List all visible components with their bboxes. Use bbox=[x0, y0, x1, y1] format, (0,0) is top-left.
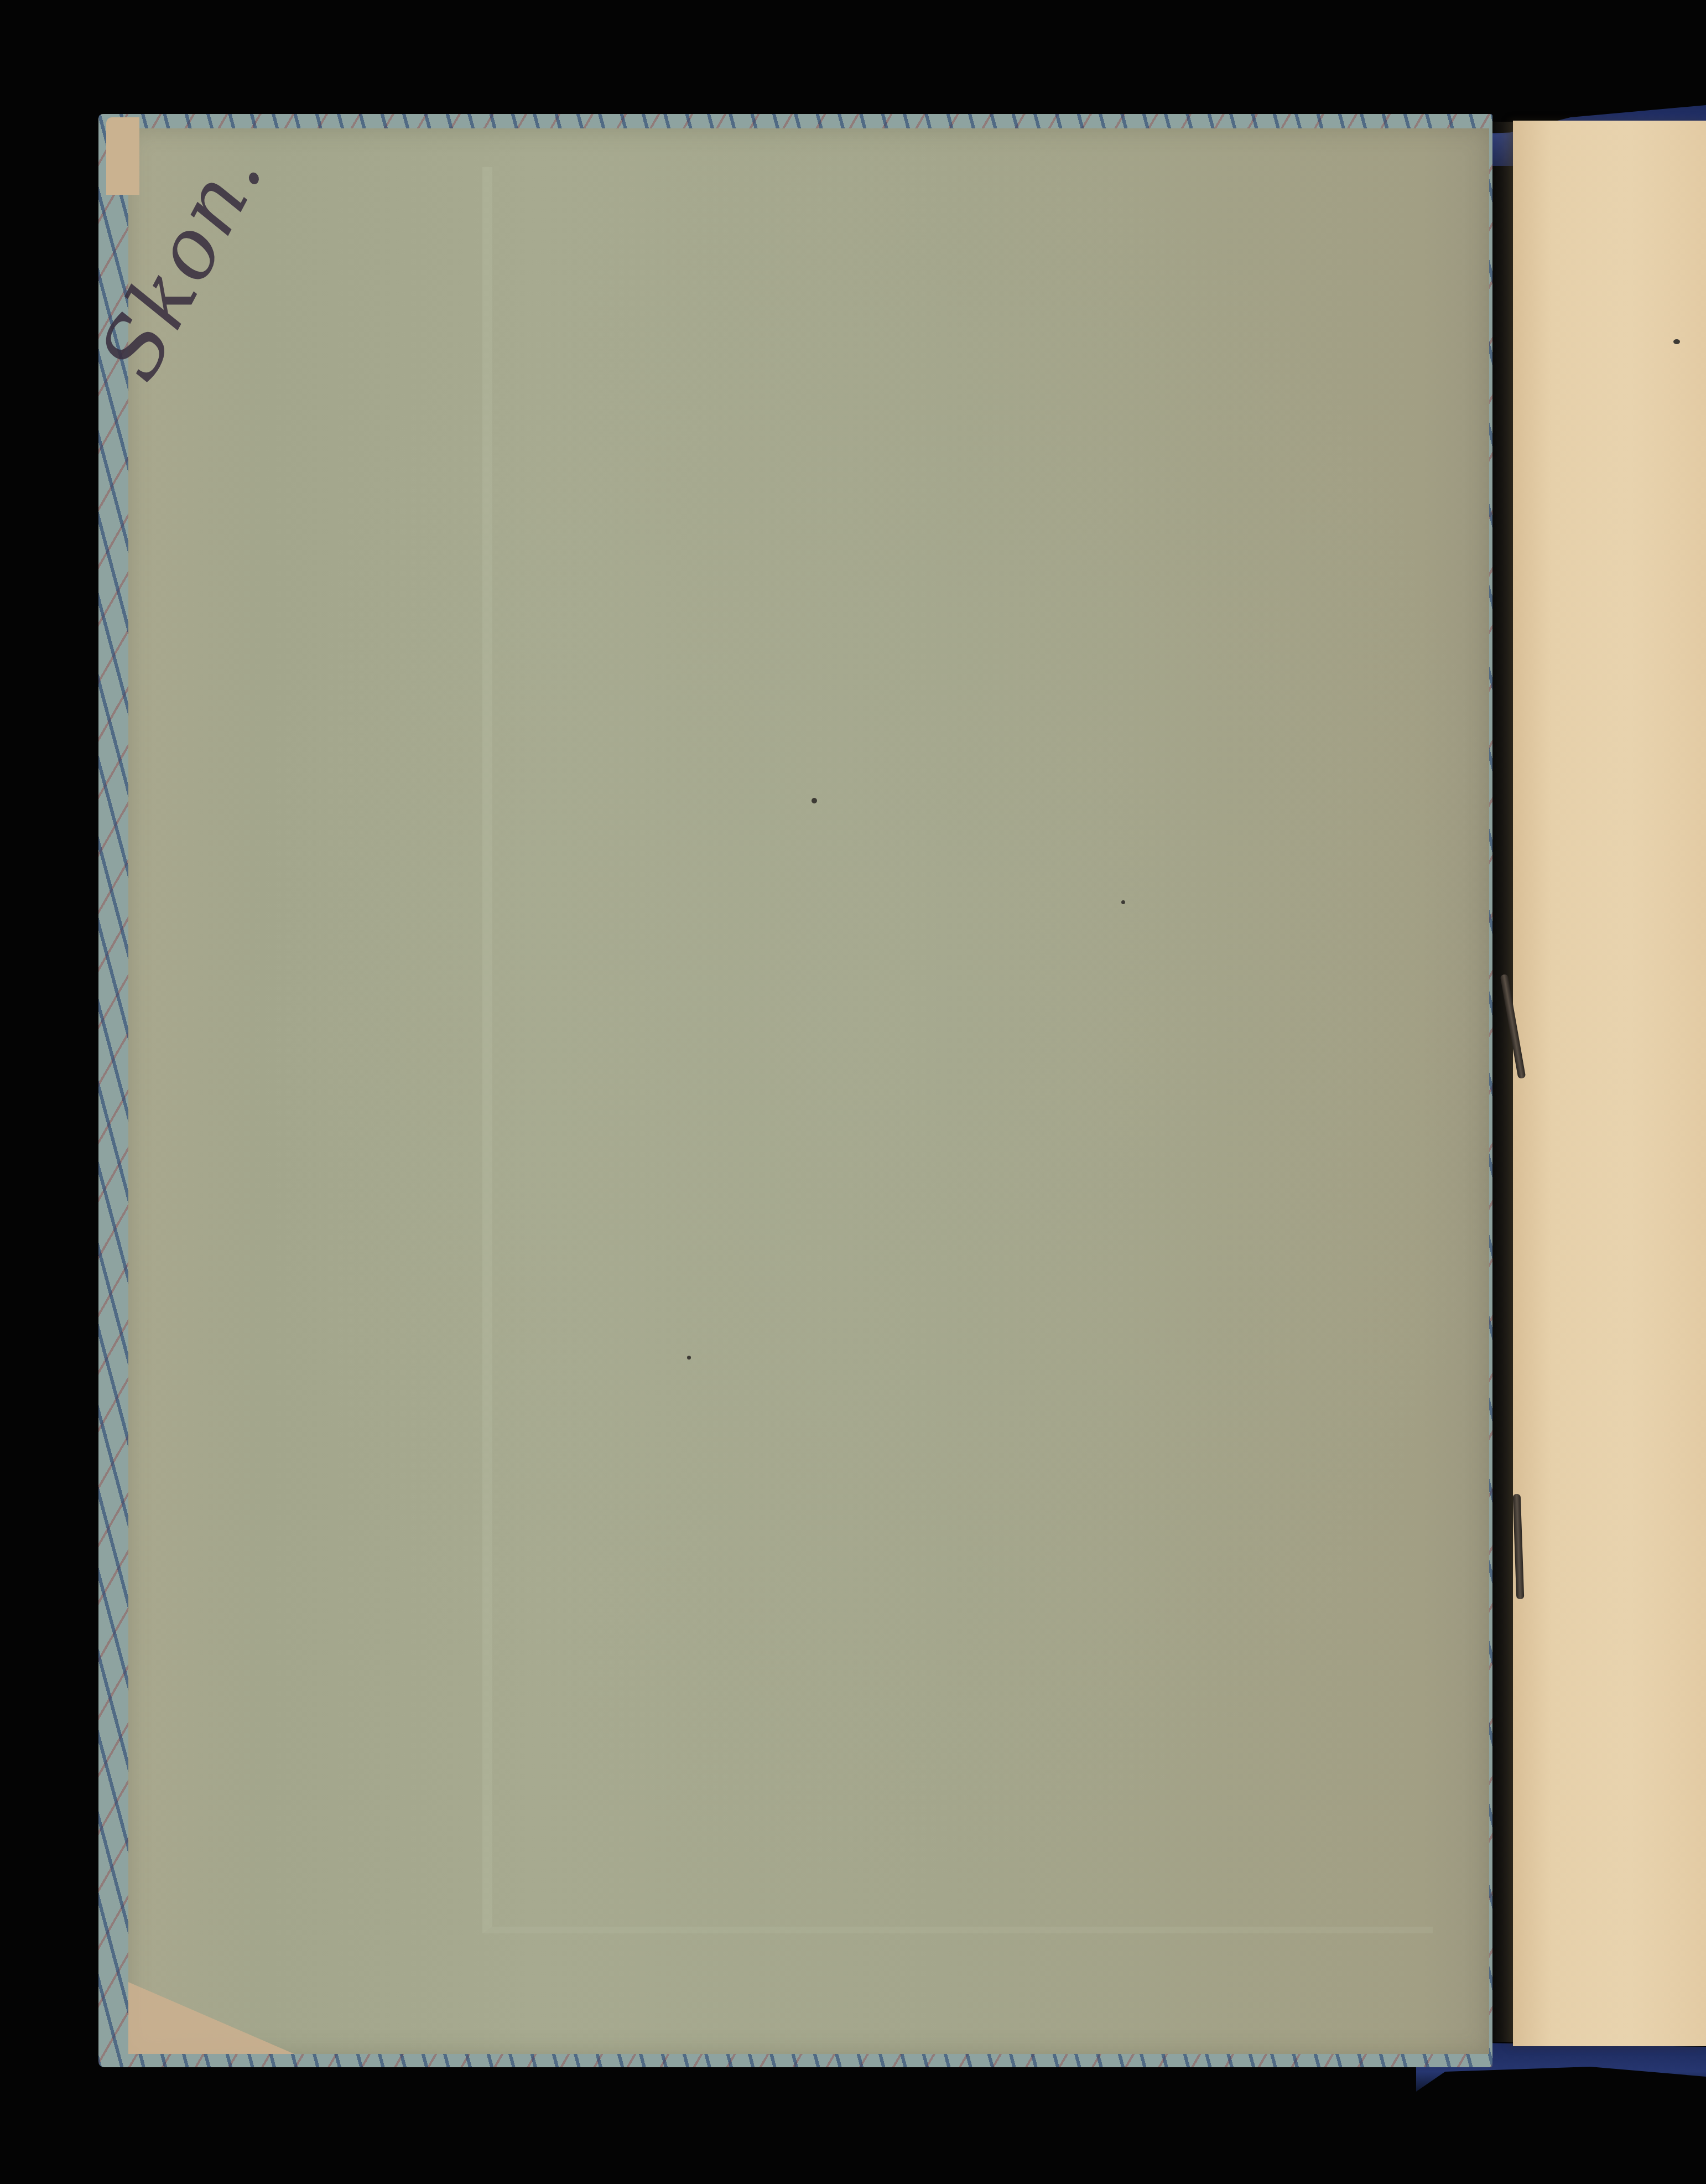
gutter-shadow bbox=[1488, 122, 1516, 2042]
ink-speck bbox=[1121, 900, 1125, 904]
paper-tone-frame bbox=[482, 167, 1433, 1933]
right-first-leaf bbox=[1513, 121, 1706, 2046]
ink-speck bbox=[812, 798, 817, 803]
worn-corner-top bbox=[106, 117, 139, 195]
left-endpaper-page bbox=[128, 128, 1489, 2054]
photo-background: Skon. bbox=[0, 0, 1706, 2184]
worn-corner-bottom bbox=[128, 1982, 294, 2054]
foxing-spot bbox=[1673, 339, 1680, 344]
ink-speck bbox=[687, 1356, 691, 1360]
